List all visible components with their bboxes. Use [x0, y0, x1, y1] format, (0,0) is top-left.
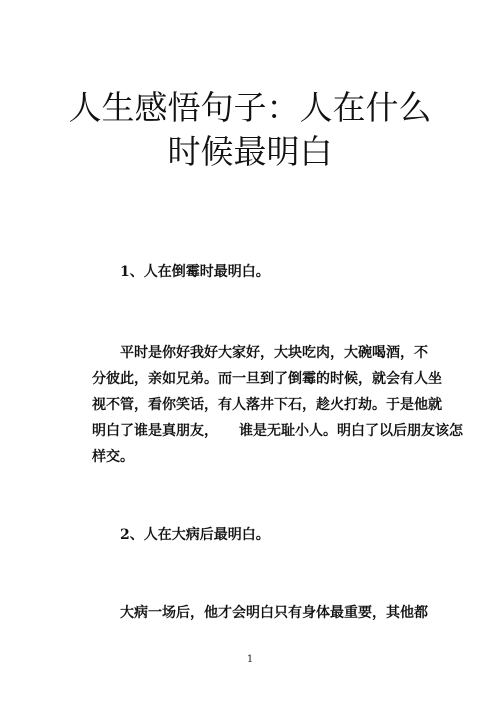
paragraph-line: 样交。 [92, 444, 416, 470]
section-heading-1: 1、人在倒霉时最明白。 [120, 263, 270, 281]
section-paragraph-1: 平时是你好我好大家好，大块吃肉，大碗喝酒，不 分彼此，亲如兄弟。而一旦到了倒霉的… [92, 340, 416, 470]
paragraph-line: 分彼此，亲如兄弟。而一旦到了倒霉的时候，就会有人坐 [92, 366, 416, 392]
section-heading-2: 2、人在大病后最明白。 [120, 526, 270, 544]
title-line-1: 人生感悟句子：人在什么 [60, 86, 440, 130]
paragraph-line: 大病一场后，他才会明白只有身体最重要，其他都 [92, 600, 416, 626]
document-page: 人生感悟句子：人在什么 时候最明白 1、人在倒霉时最明白。 平时是你好我好大家好… [0, 0, 500, 707]
paragraph-line: 明白了谁是真朋友， 谁是无耻小人。明白了以后朋友该怎 [92, 418, 416, 444]
document-title: 人生感悟句子：人在什么 时候最明白 [60, 86, 440, 174]
title-line-2: 时候最明白 [60, 130, 440, 174]
section-paragraph-2: 大病一场后，他才会明白只有身体最重要，其他都 [92, 600, 416, 626]
paragraph-line: 视不管，看你笑话，有人落井下石，趁火打劫。于是他就 [92, 392, 416, 418]
paragraph-line: 平时是你好我好大家好，大块吃肉，大碗喝酒，不 [92, 340, 416, 366]
page-number: 1 [244, 654, 256, 666]
